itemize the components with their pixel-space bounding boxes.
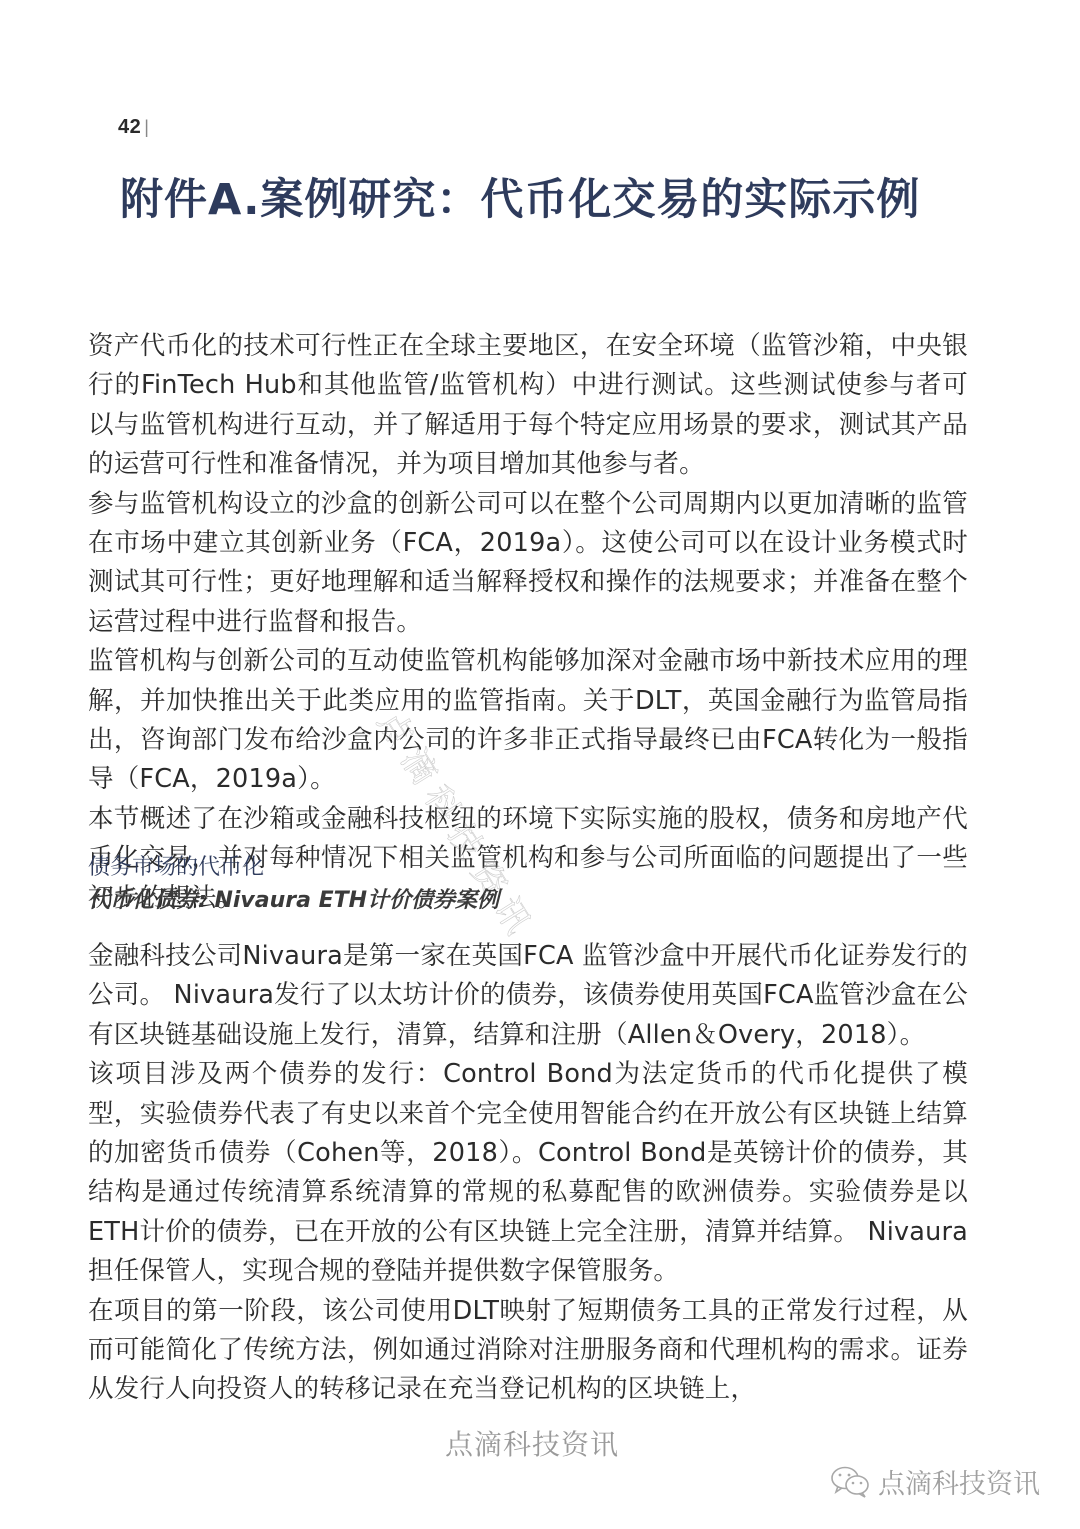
page-number-separator: |	[144, 117, 149, 137]
section-body: 金融科技公司Nivaura是第一家在英国FCA 监管沙盒中开展代币化证券发行的公…	[88, 937, 968, 1410]
section-heading: 债务市场的代币化	[88, 852, 968, 884]
page-number-value: 42	[118, 116, 141, 138]
intro-paragraph-3: 监管机构与创新公司的互动使监管机构能够加深对金融市场中新技术应用的理解，并加快推…	[88, 642, 968, 800]
intro-paragraph-2: 参与监管机构设立的沙盒的创新公司可以在整个公司周期内以更加清晰的监管在市场中建立…	[88, 485, 968, 643]
section-paragraph-2: 该项目涉及两个债券的发行：Control Bond为法定货币的代币化提供了模型，…	[88, 1055, 968, 1291]
wechat-account-badge: 点滴科技资讯	[830, 1462, 1040, 1501]
section-header: 债务市场的代币化 代币化债券: Nivaura ETH计价债券案例	[88, 852, 968, 918]
section-paragraph-3: 在项目的第一阶段，该公司使用DLT映射了短期债务工具的正常发行过程，从而可能简化…	[88, 1292, 968, 1410]
page-number: 42|	[118, 116, 149, 139]
section-paragraph-1: 金融科技公司Nivaura是第一家在英国FCA 监管沙盒中开展代币化证券发行的公…	[88, 937, 968, 1055]
section-subheading: 代币化债券: Nivaura ETH计价债券案例	[88, 884, 968, 918]
wechat-icon	[830, 1465, 872, 1499]
intro-body: 资产代币化的技术可行性正在全球主要地区，在安全环境（监管沙箱，中央银行的FinT…	[88, 327, 968, 918]
page-title: 附件A.案例研究：代币化交易的实际示例	[120, 166, 920, 227]
wechat-account-name: 点滴科技资讯	[878, 1462, 1040, 1501]
intro-paragraph-1: 资产代币化的技术可行性正在全球主要地区，在安全环境（监管沙箱，中央银行的FinT…	[88, 327, 968, 485]
footer-brand-text: 点滴科技资讯	[445, 1423, 619, 1463]
